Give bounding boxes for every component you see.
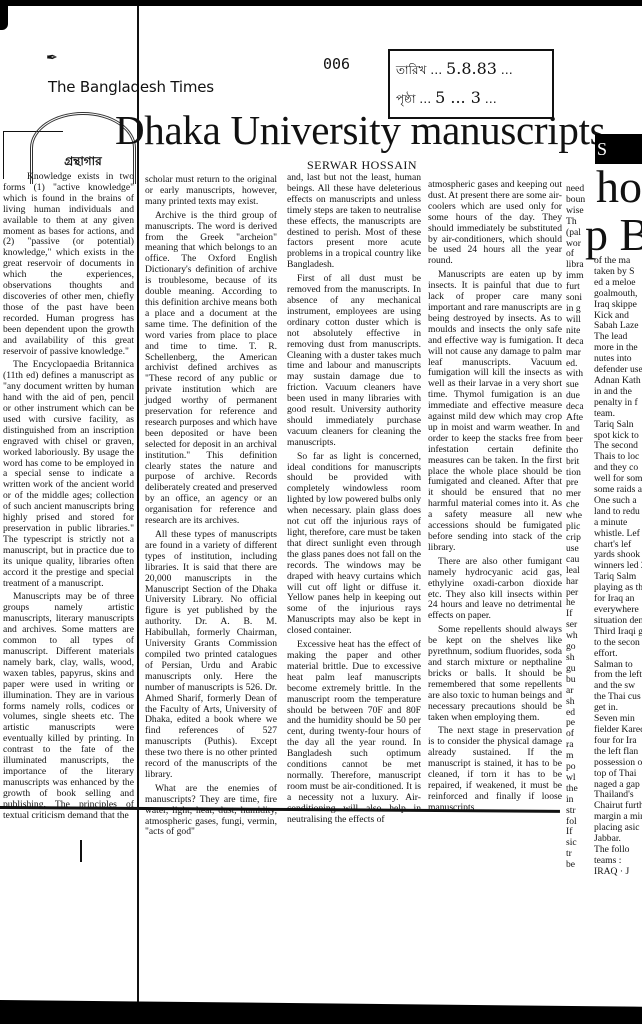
- paragraph: The next stage in preservation is to con…: [428, 726, 562, 813]
- adjacent-article-column: of the mataken by Sed a meloegoalmouth,I…: [594, 256, 642, 878]
- paragraph: atmospheric gases and keeping out dust. …: [428, 180, 562, 267]
- paragraph: All these types of manuscripts are found…: [145, 530, 277, 781]
- fragment-line: leal: [566, 566, 596, 577]
- fragment-line: be: [566, 860, 596, 871]
- adjacent-headline-fragment: ho: [596, 164, 642, 210]
- publication-masthead: The Bangladesh Times: [48, 78, 214, 96]
- paragraph: Archive is the third group of manuscript…: [145, 211, 277, 527]
- adjacent-article-line: team.: [594, 409, 642, 420]
- scan-mark: [80, 840, 82, 862]
- stamp-date-label: তারিখ: [396, 63, 426, 77]
- seal-label: গ্রন্থাগার: [64, 154, 102, 168]
- article-byline: SERWAR HOSSAIN: [307, 158, 417, 173]
- stamp-page-label: পৃষ্ঠা: [396, 92, 415, 106]
- paragraph: Some repellents should always be kept on…: [428, 625, 562, 723]
- stamp-page-value: 5 ... 3: [435, 88, 481, 107]
- fragment-line: brit: [566, 457, 596, 468]
- fragment-line: ar: [566, 686, 596, 697]
- scan-corner: [0, 0, 8, 30]
- continued-column-fragment: needbounwiseTh(palworoflibraimmfurtsonii…: [566, 184, 596, 871]
- fragment-line: (pal: [566, 228, 596, 239]
- paragraph: The Encyclopaedia Britannica (11th ed) d…: [3, 360, 134, 589]
- paragraph: and, last but not the least, human being…: [287, 173, 421, 271]
- fragment-line: Th: [566, 217, 596, 228]
- article-column-4: atmospheric gases and keeping out dust. …: [428, 180, 562, 817]
- scan-bottom-border: [0, 1000, 642, 1024]
- clipping-edge-line: [137, 6, 139, 1006]
- paragraph: scholar must return to the original or e…: [145, 175, 277, 208]
- paragraph: Knowledge exists in two forms (1) "activ…: [3, 172, 134, 357]
- paragraph: First of all dust must be removed from t…: [287, 274, 421, 449]
- fragment-line: str: [566, 806, 596, 817]
- adjacent-article-line: whistle. Lef: [594, 529, 642, 540]
- stamp-date-row: তারিখ … 5.8.83 …: [396, 55, 546, 84]
- paragraph: Manuscripts are eaten up by insects. It …: [428, 270, 562, 554]
- adjacent-article-line: Iraq skippe: [594, 300, 642, 311]
- paragraph: Manuscripts may be of three groups namel…: [3, 592, 134, 821]
- paragraph: There are also other fumigant namely hyd…: [428, 557, 562, 622]
- adjacent-headline-box: S: [595, 134, 642, 164]
- article-column-1: Knowledge exists in two forms (1) "activ…: [3, 172, 134, 824]
- page-number: 006: [323, 55, 350, 73]
- fragment-line: deca: [566, 337, 596, 348]
- fragment-line: har: [566, 577, 596, 588]
- paragraph: What are the enemies of manuscripts? The…: [145, 784, 277, 839]
- adjacent-article-line: goalmouth,: [594, 289, 642, 300]
- article-column-3: and, last but not the least, human being…: [287, 173, 421, 828]
- adjacent-article-line: possession of: [594, 758, 642, 769]
- paragraph: So far as light is concerned, ideal cond…: [287, 452, 421, 637]
- fragment-line: mar: [566, 348, 596, 359]
- quill-pen-icon: ✒: [46, 50, 58, 67]
- adjacent-article-line: IRAQ · J: [594, 867, 642, 878]
- adjacent-article-line: Tariq Saln: [594, 420, 642, 431]
- stamp-date-value: 5.8.83: [446, 59, 497, 78]
- adjacent-article-line: top of Thai: [594, 769, 642, 780]
- article-headline: Dhaka University manuscripts: [115, 108, 605, 152]
- scan-top-border: [0, 0, 642, 6]
- paragraph: Excessive heat has the effect of making …: [287, 640, 421, 825]
- fragment-line: sh: [566, 697, 596, 708]
- adjacent-article-line: effort.: [594, 649, 642, 660]
- adjacent-article-line: to the secon: [594, 638, 642, 649]
- article-column-2: scholar must return to the original or e…: [145, 175, 277, 841]
